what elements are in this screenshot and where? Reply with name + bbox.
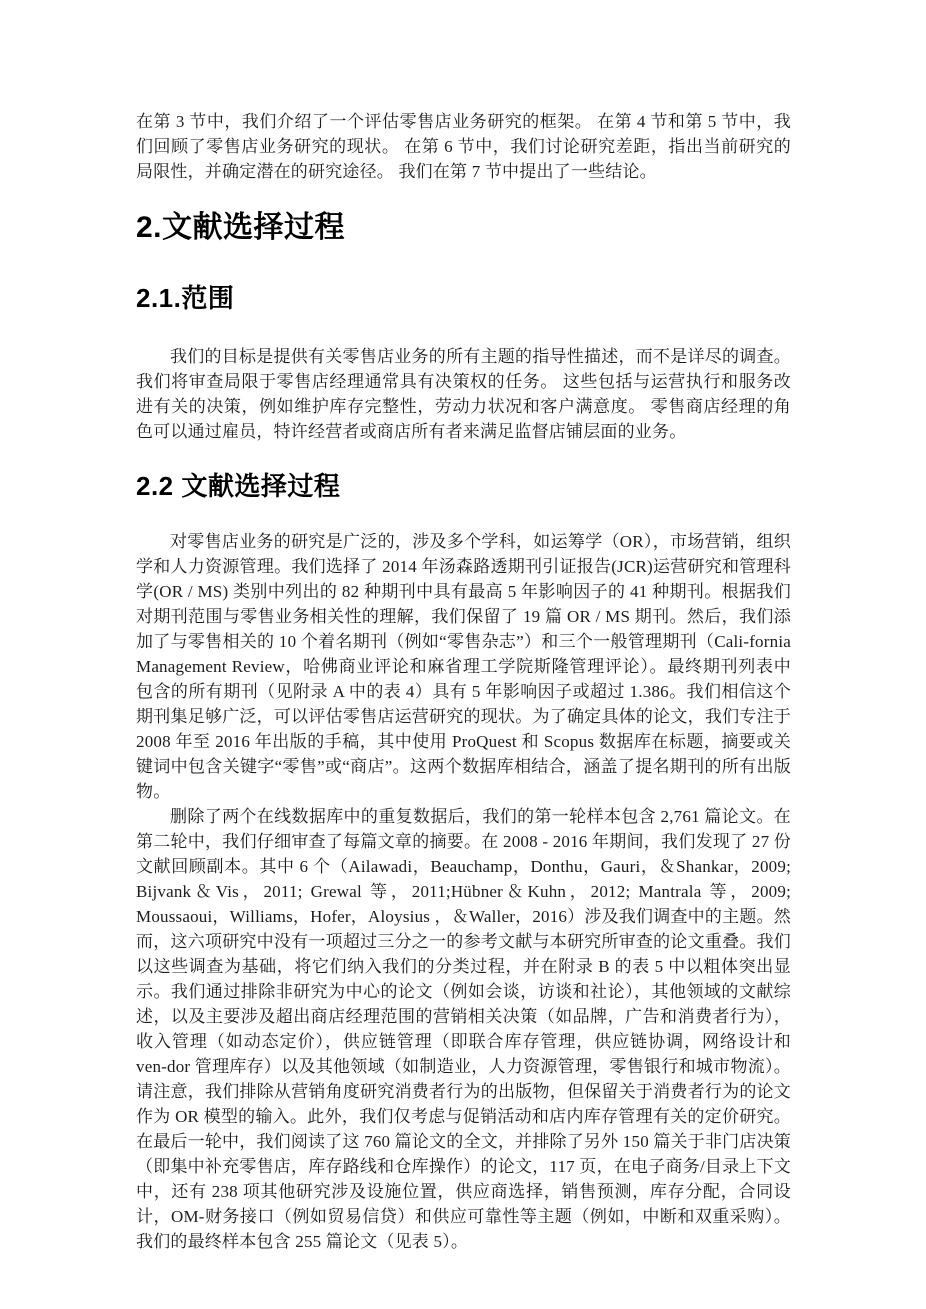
intro-paragraph: 在第 3 节中，我们介绍了一个评估零售店业务研究的框架。 在第 4 节和第 5 … (136, 109, 791, 184)
selection-process-paragraph-2: 删除了两个在线数据库中的重复数据后，我们的第一轮样本包含 2,761 篇论文。在… (136, 804, 791, 1254)
selection-process-paragraph-1: 对零售店业务的研究是广泛的，涉及多个学科，如运筹学（OR），市场营销，组织学和人… (136, 529, 791, 804)
subsection-2-1-heading: 2.1.范围 (136, 282, 791, 314)
section-2-heading: 2.文献选择过程 (136, 210, 791, 246)
scope-paragraph: 我们的目标是提供有关零售店业务的所有主题的指导性描述，而不是详尽的调查。 我们将… (136, 344, 791, 444)
document-page: 在第 3 节中，我们介绍了一个评估零售店业务研究的框架。 在第 4 节和第 5 … (0, 0, 926, 1309)
subsection-2-2-heading: 2.2 文献选择过程 (136, 470, 791, 502)
